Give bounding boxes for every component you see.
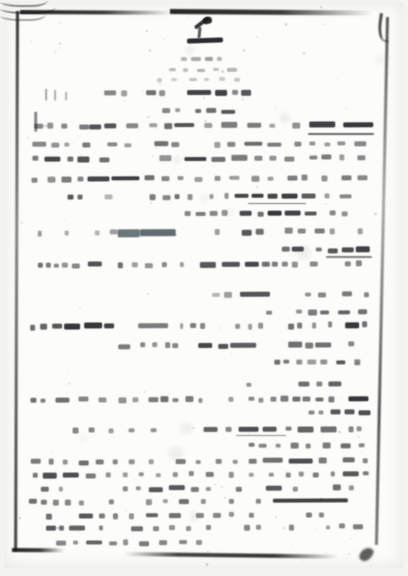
scan-speckle <box>155 147 156 148</box>
scan-speckle <box>349 553 351 555</box>
scan-speckle <box>271 125 273 127</box>
scan-blotch <box>200 194 209 203</box>
scan-blotch <box>173 156 181 164</box>
scan-speckle <box>66 372 67 373</box>
scan-speckle <box>371 115 372 116</box>
scan-speckle <box>152 155 154 157</box>
scan-speckle <box>142 90 144 92</box>
scan-speckle <box>245 511 246 512</box>
scan-speckle <box>382 202 384 204</box>
scan-speckle <box>224 497 226 499</box>
scan-blotch <box>79 434 86 441</box>
scan-speckle <box>125 510 126 511</box>
scan-speckle <box>146 128 147 129</box>
scan-speckle <box>149 178 150 179</box>
scan-speckle <box>68 382 70 384</box>
scan-speckle <box>361 451 362 452</box>
scan-speckle <box>275 107 276 108</box>
scan-speckle <box>47 113 49 115</box>
scan-speckle <box>292 545 293 546</box>
scan-speckle <box>163 38 165 40</box>
scan-speckle <box>44 125 47 128</box>
scan-speckle <box>55 51 56 52</box>
scan-speckle <box>115 212 116 213</box>
scan-speckle <box>27 137 29 139</box>
scan-speckle <box>248 434 249 435</box>
scan-speckle <box>203 97 205 99</box>
scan-speckle <box>159 83 161 85</box>
scan-speckle <box>146 30 148 32</box>
scan-speckle <box>156 127 158 129</box>
scan-speckle <box>358 436 359 437</box>
scan-speckle <box>168 423 170 425</box>
scan-speckle <box>79 308 80 309</box>
scan-speckle <box>210 453 211 454</box>
scan-speckle <box>112 543 114 545</box>
scan-speckle <box>72 143 73 144</box>
scan-speckle <box>254 555 255 556</box>
scan-speckle <box>58 47 60 49</box>
scan-blotch <box>227 209 234 216</box>
scan-speckle <box>121 424 122 425</box>
scan-speckle <box>19 517 21 519</box>
scan-blotch <box>189 511 199 521</box>
scan-speckle <box>219 327 221 329</box>
scan-speckle <box>55 88 56 89</box>
scan-speckle <box>137 345 138 346</box>
scan-speckle <box>338 431 340 433</box>
scan-speckle <box>285 23 287 25</box>
scan-speckle <box>372 124 374 126</box>
scan-speckle <box>147 116 150 119</box>
scan-speckle <box>152 114 153 115</box>
scan-speckle <box>214 484 215 485</box>
scan-blotch <box>280 113 290 123</box>
scan-blotch <box>168 446 182 460</box>
scan-speckle <box>356 362 358 364</box>
scan-speckle <box>240 474 241 475</box>
scan-speckle <box>303 52 305 54</box>
scan-speckle <box>64 219 65 220</box>
scan-speckle <box>31 41 32 42</box>
scan-speckle <box>293 234 294 235</box>
scan-speckle <box>204 120 206 122</box>
scan-speckle <box>256 186 258 188</box>
scanned-document: scanned typewritten letter (illegible lo… <box>0 0 408 576</box>
scan-speckle <box>304 194 306 196</box>
scan-speckle <box>373 330 374 331</box>
scan-speckle <box>221 70 224 73</box>
scan-speckle <box>341 397 342 398</box>
scan-speckle <box>249 433 250 434</box>
scan-speckle <box>283 527 285 529</box>
scan-speckle <box>186 166 187 167</box>
scan-speckle <box>124 100 126 102</box>
scan-speckle <box>350 538 352 540</box>
scan-speckle <box>306 312 307 313</box>
scan-speckle <box>242 98 244 100</box>
scan-speckle <box>348 119 349 120</box>
scan-speckle <box>150 202 152 204</box>
scan-speckle <box>221 486 223 488</box>
scan-speckle <box>207 551 209 553</box>
scan-speckle <box>178 376 179 377</box>
scan-speckle <box>56 527 59 530</box>
scan-speckle <box>325 203 327 205</box>
scan-speckle <box>33 215 34 216</box>
scan-speckle <box>275 516 277 518</box>
scan-speckle <box>352 89 353 90</box>
scan-speckle <box>188 17 189 18</box>
scan-speckle <box>230 177 232 179</box>
scan-blotch <box>376 55 386 65</box>
scan-speckle <box>301 561 303 563</box>
scan-speckle <box>319 237 321 239</box>
scan-speckle <box>323 24 325 26</box>
scan-speckle <box>336 78 337 79</box>
scan-speckle <box>59 42 62 45</box>
scan-speckle <box>52 451 53 452</box>
scan-speckle <box>149 49 152 52</box>
scan-speckle <box>256 36 258 38</box>
scan-speckle <box>21 222 23 224</box>
scan-speckle <box>295 339 297 341</box>
scan-speckle <box>147 293 149 295</box>
scan-speckle <box>345 108 347 110</box>
scan-speckle <box>30 10 31 11</box>
scan-speckle <box>125 402 126 403</box>
scan-speckle <box>385 254 386 255</box>
scan-speckle <box>243 49 246 52</box>
scan-speckle <box>152 415 153 416</box>
scan-speckle <box>316 528 318 530</box>
scan-speckle <box>24 39 25 40</box>
scan-blotch <box>296 245 311 260</box>
scan-speckle <box>320 498 323 501</box>
scan-speckle <box>192 427 194 429</box>
scan-speckle <box>350 483 351 484</box>
scan-speckle <box>269 447 270 448</box>
scan-speckle <box>374 213 376 215</box>
scan-speckle <box>206 563 209 566</box>
scan-speckle <box>231 353 232 354</box>
scan-speckle <box>80 154 83 157</box>
scan-speckle <box>174 234 176 236</box>
scan-speckle <box>306 10 308 12</box>
scan-speckle <box>144 391 147 394</box>
scan-speckle <box>334 440 335 441</box>
scan-speckle <box>28 500 30 502</box>
scan-noise-layer <box>0 0 408 576</box>
scan-blotch <box>185 45 194 54</box>
scan-speckle <box>93 180 95 182</box>
scan-speckle <box>114 514 117 517</box>
scan-speckle <box>78 530 80 532</box>
scan-speckle <box>59 22 61 24</box>
scan-speckle <box>325 552 327 554</box>
scan-speckle <box>320 6 322 8</box>
scan-speckle <box>66 392 68 394</box>
scan-speckle <box>285 471 287 473</box>
